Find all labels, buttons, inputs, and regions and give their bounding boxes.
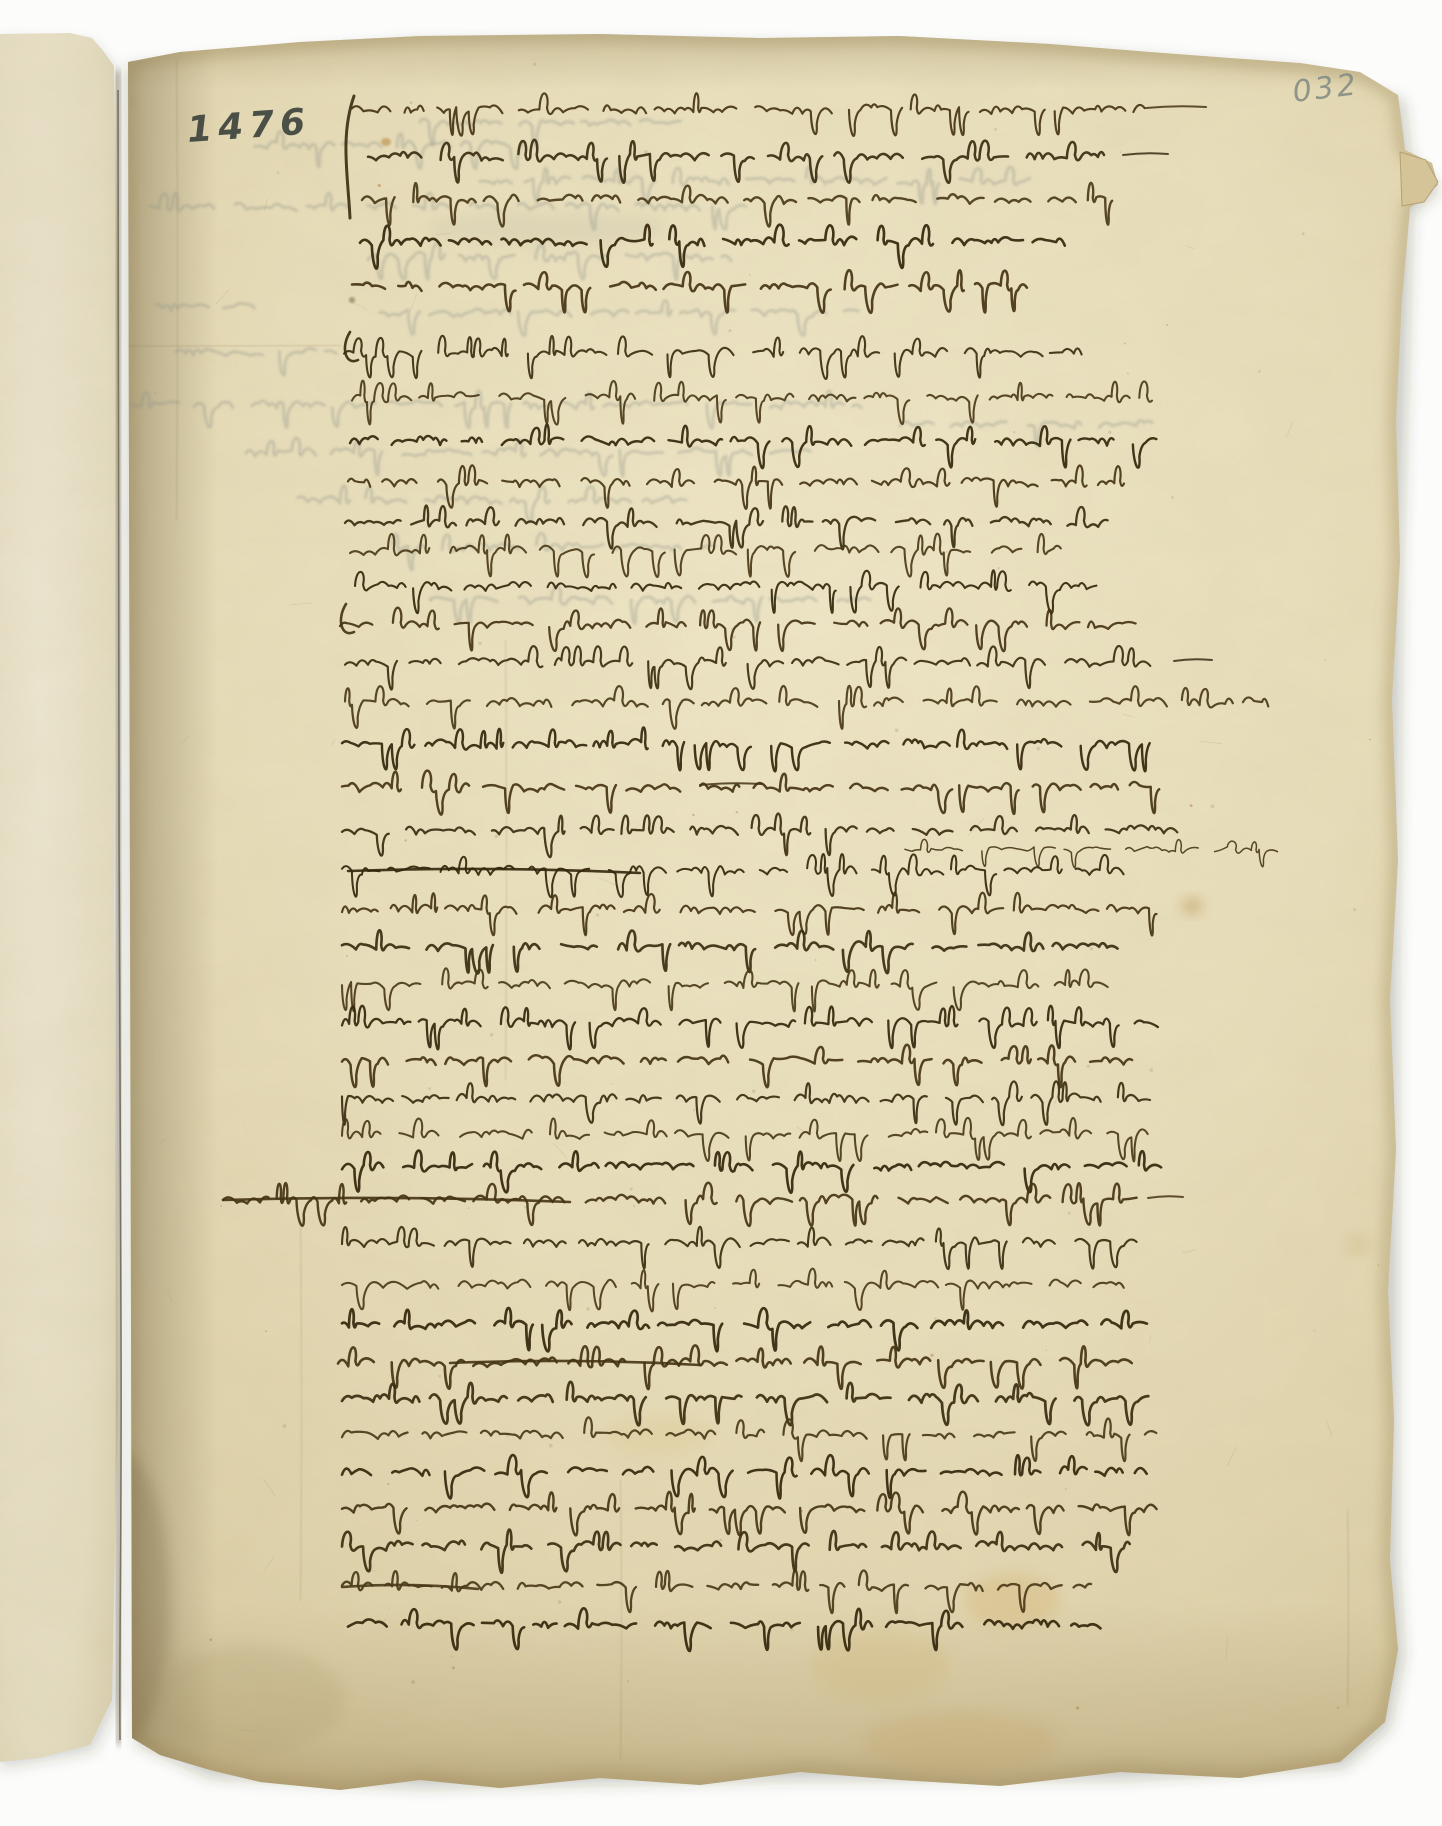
paper-speck	[749, 274, 751, 276]
paper-speck	[1068, 1212, 1071, 1215]
paper-speck	[1314, 1330, 1316, 1332]
paper-speck	[384, 1619, 385, 1620]
paper-speck	[633, 1205, 635, 1207]
paper-speck	[1166, 324, 1168, 326]
paper-speck	[733, 635, 736, 638]
paper-speck	[930, 1354, 933, 1357]
paper-speck	[467, 1207, 469, 1209]
paper-speck	[277, 172, 279, 174]
paper-speck	[1369, 738, 1371, 740]
paper-speck	[692, 814, 694, 816]
paper-speck	[730, 628, 732, 630]
stain	[964, 1574, 1060, 1626]
paper-speck	[630, 1187, 633, 1190]
paper-speck	[533, 63, 536, 66]
paper-grain-texture	[128, 20, 1442, 1810]
stain	[1346, 1237, 1370, 1253]
paper-speck	[736, 811, 738, 813]
paper-speck	[478, 641, 482, 645]
paper-speck	[627, 1680, 629, 1682]
paper-speck	[1171, 496, 1174, 499]
stain	[381, 138, 391, 146]
paper-speck	[530, 117, 532, 119]
marginal-year: 1476	[186, 101, 313, 151]
paper-speck	[644, 150, 648, 154]
paper-speck	[1211, 804, 1215, 808]
paper-speck	[1076, 1706, 1079, 1709]
paper-speck	[1258, 370, 1261, 373]
scan-canvas: 1476 032	[0, 0, 1442, 1826]
paper-speck	[438, 1375, 441, 1378]
paper-speck	[265, 1330, 267, 1332]
paper-speck	[1013, 431, 1015, 433]
paper-speck	[404, 839, 406, 841]
paper-speck	[1337, 1706, 1340, 1709]
paper-speck	[997, 567, 1000, 570]
paper-speck	[428, 1087, 431, 1090]
paper-speck	[452, 1666, 455, 1669]
paper-speck	[283, 1424, 287, 1428]
paper-speck	[154, 393, 156, 395]
paper-speck	[596, 913, 599, 916]
paper-speck	[416, 1519, 418, 1521]
paper-speck	[815, 959, 817, 961]
paper-speck	[728, 329, 731, 332]
paper-speck	[752, 1090, 756, 1094]
paper-speck	[346, 955, 348, 957]
paper-speck	[558, 1600, 562, 1604]
paper-speck	[490, 1033, 494, 1037]
stain	[1183, 899, 1201, 913]
paper-speck	[1065, 1488, 1067, 1490]
paper-speck	[1127, 372, 1129, 374]
paper-speck	[791, 1628, 794, 1631]
paper-speck	[1120, 151, 1122, 153]
paper-speck	[1190, 804, 1193, 807]
manuscript-scan: 1476 032	[0, 0, 1442, 1826]
paper-speck	[994, 128, 997, 131]
paper-speck	[1108, 431, 1111, 434]
paper-speck	[611, 1083, 612, 1084]
paper-speck	[586, 1307, 589, 1310]
paper-speck	[693, 1109, 695, 1111]
paper-speck	[1149, 1068, 1153, 1072]
stain	[810, 1630, 950, 1700]
paper-speck	[895, 728, 899, 732]
paper-speck	[719, 1538, 722, 1541]
paper-speck	[1378, 1265, 1379, 1266]
paper-speck	[1324, 659, 1326, 661]
paper-speck	[387, 1483, 389, 1485]
paper-speck	[220, 1205, 222, 1207]
stain	[865, 1712, 1055, 1772]
paper-speck	[1087, 1065, 1090, 1068]
paper-speck	[417, 1541, 418, 1542]
paper-speck	[411, 1680, 415, 1684]
paper-speck	[388, 1607, 390, 1609]
paper-speck	[934, 1317, 937, 1320]
paper-speck	[1045, 1349, 1047, 1351]
paper-speck	[1037, 747, 1041, 751]
paper-speck	[497, 259, 498, 260]
paper-speck	[1090, 947, 1094, 951]
paper-speck	[210, 1639, 213, 1642]
paper-speck	[1124, 343, 1126, 345]
paper-speck	[451, 1656, 453, 1658]
stain	[155, 1645, 345, 1755]
paper-speck	[549, 1444, 553, 1448]
paper-speck	[378, 184, 381, 187]
paper-speck	[714, 1307, 716, 1309]
paper-speck	[946, 551, 947, 552]
paper-speck	[564, 1082, 565, 1083]
stain	[605, 1416, 715, 1456]
paper-speck	[1302, 232, 1305, 235]
paper-speck	[410, 101, 413, 104]
paper-speck	[524, 1206, 526, 1208]
paper-speck	[495, 835, 498, 838]
paper-speck	[1353, 908, 1356, 911]
